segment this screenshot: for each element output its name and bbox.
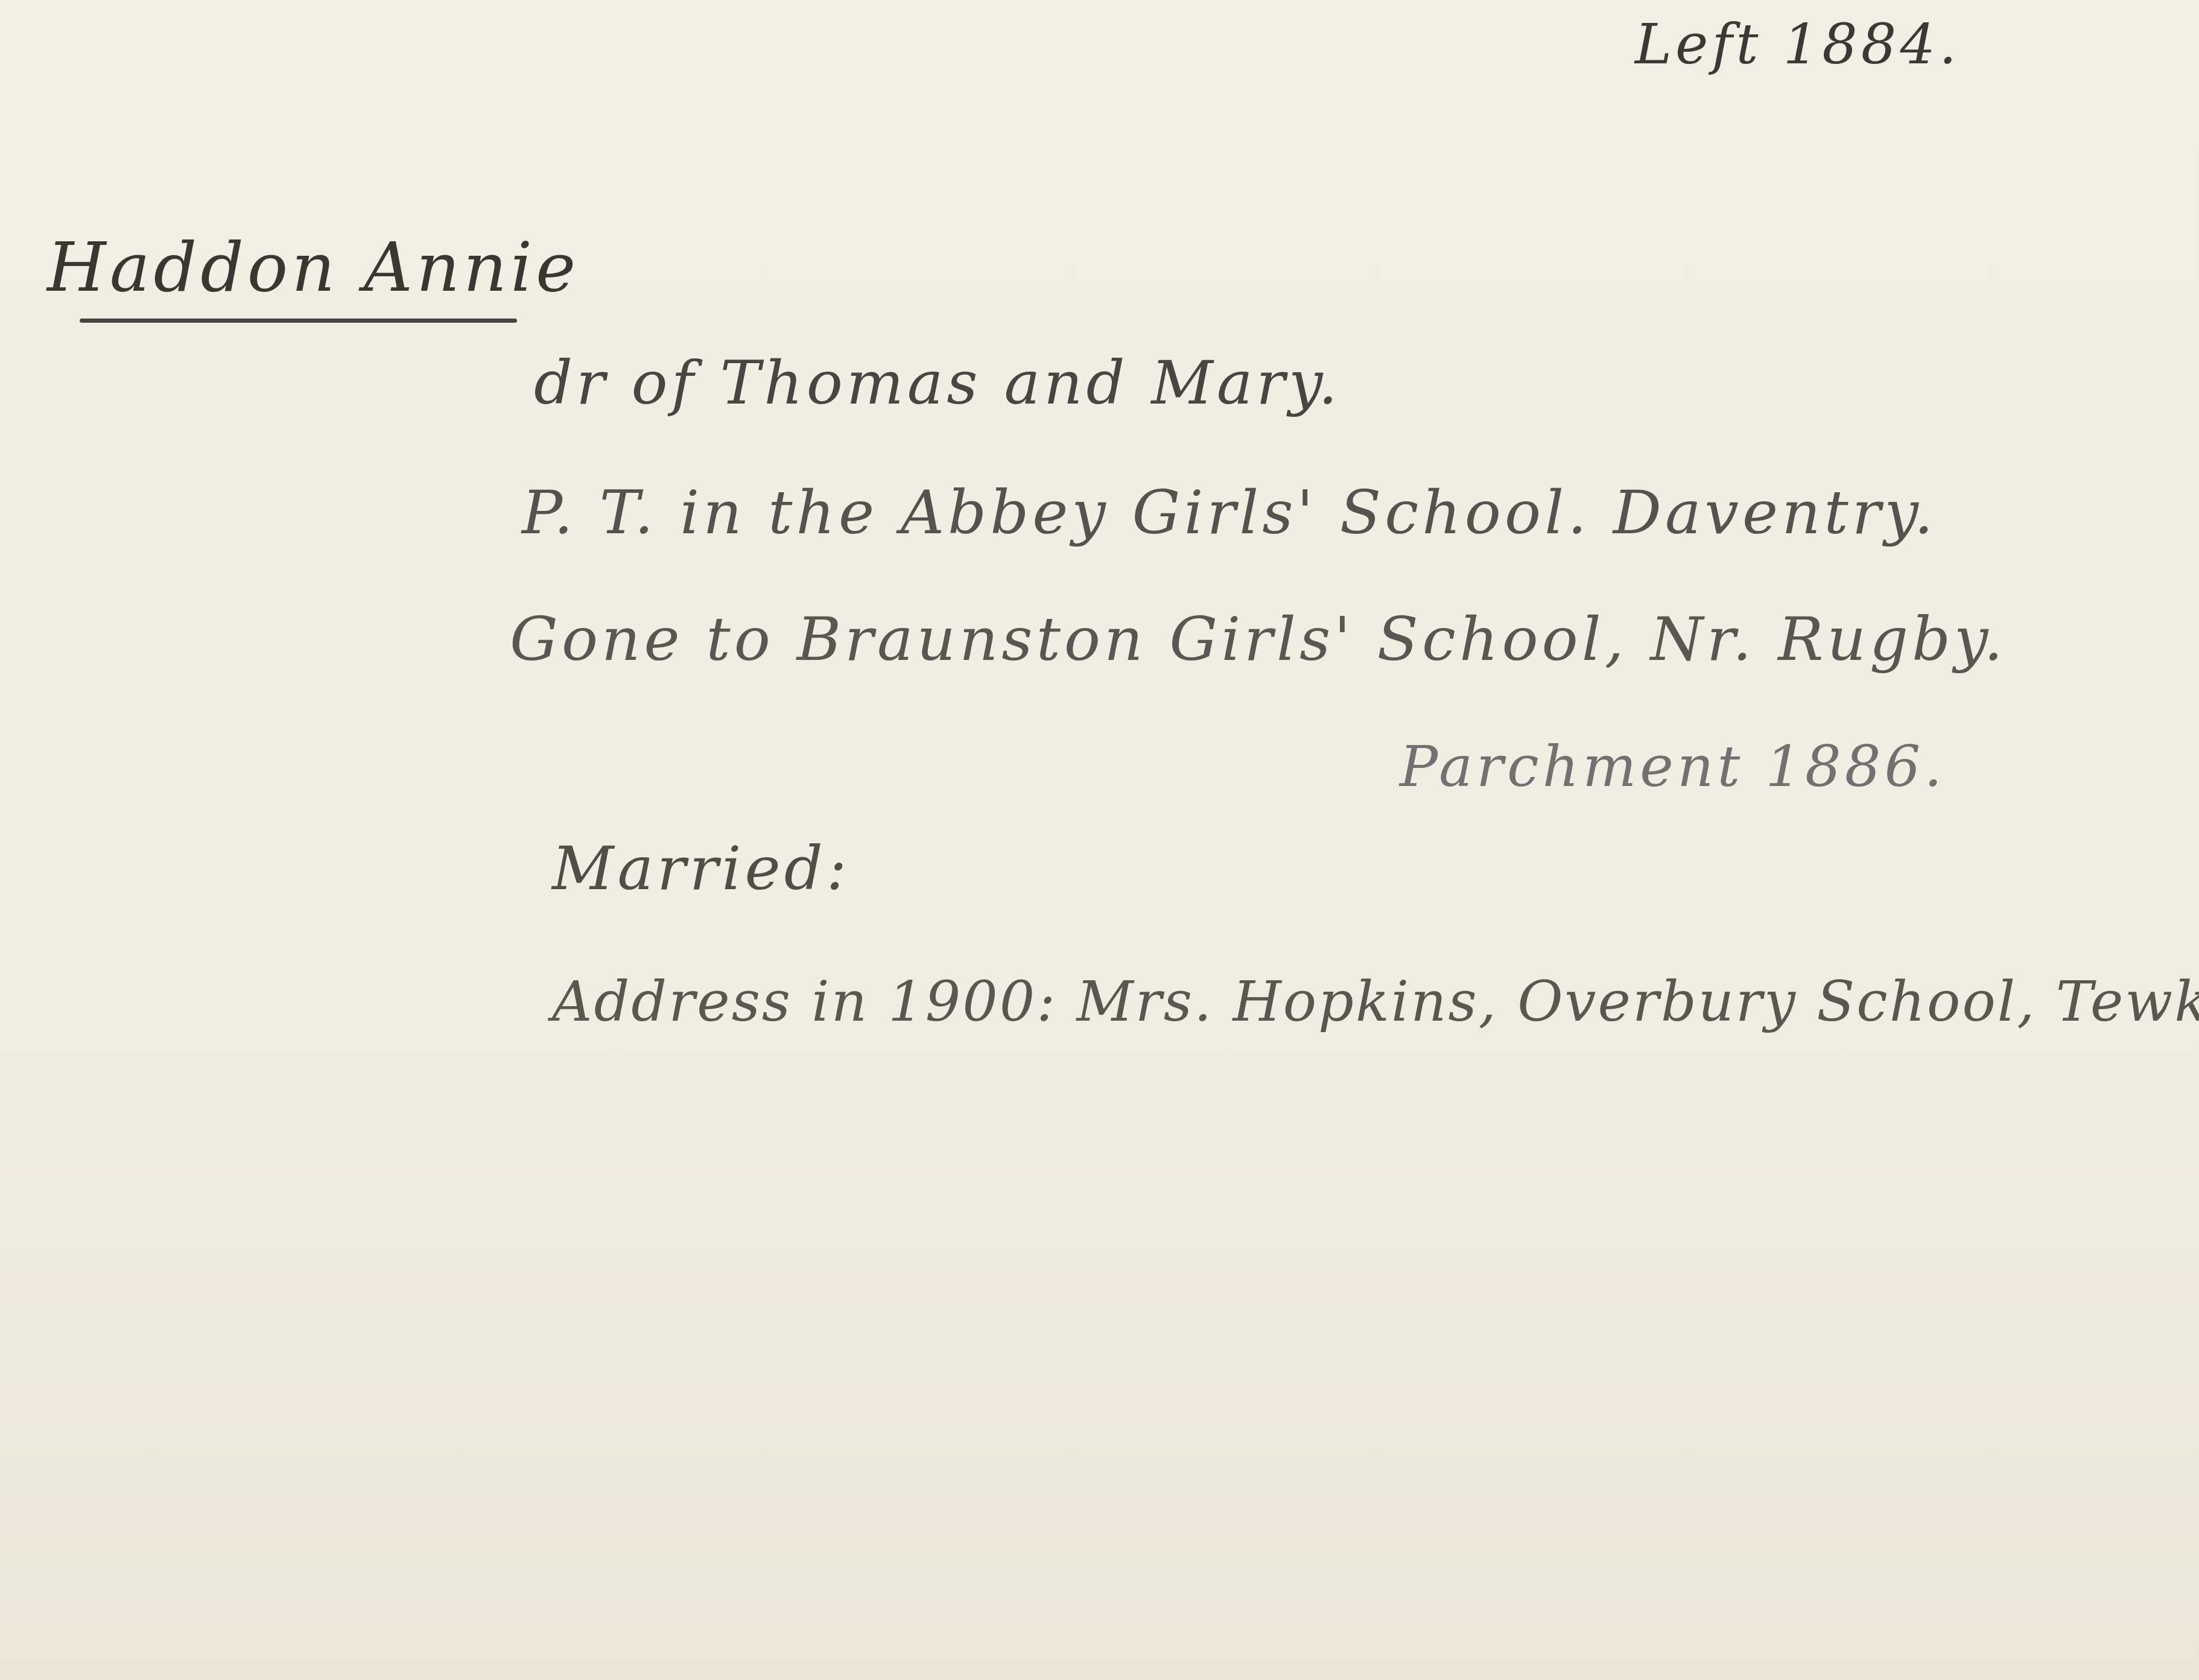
- address-1900-line: Address in 1900: Mrs. Hopkins, Overbury …: [552, 974, 2199, 1030]
- register-page: Left 1884. Haddon Annie dr of Thomas and…: [0, 0, 2199, 1680]
- parentage-line: dr of Thomas and Mary.: [534, 353, 1341, 413]
- married-label: Married:: [552, 838, 850, 899]
- parchment-line: Parchment 1886.: [1400, 739, 1946, 796]
- entry-name-heading: Haddon Annie: [47, 234, 579, 302]
- position-line: P. T. in the Abbey Girls' School. Davent…: [522, 483, 1937, 543]
- name-underline: [80, 319, 517, 323]
- moved-to-line: Gone to Braunston Girls' School, Nr. Rug…: [510, 609, 2007, 670]
- left-year-note: Left 1884.: [1635, 17, 1960, 72]
